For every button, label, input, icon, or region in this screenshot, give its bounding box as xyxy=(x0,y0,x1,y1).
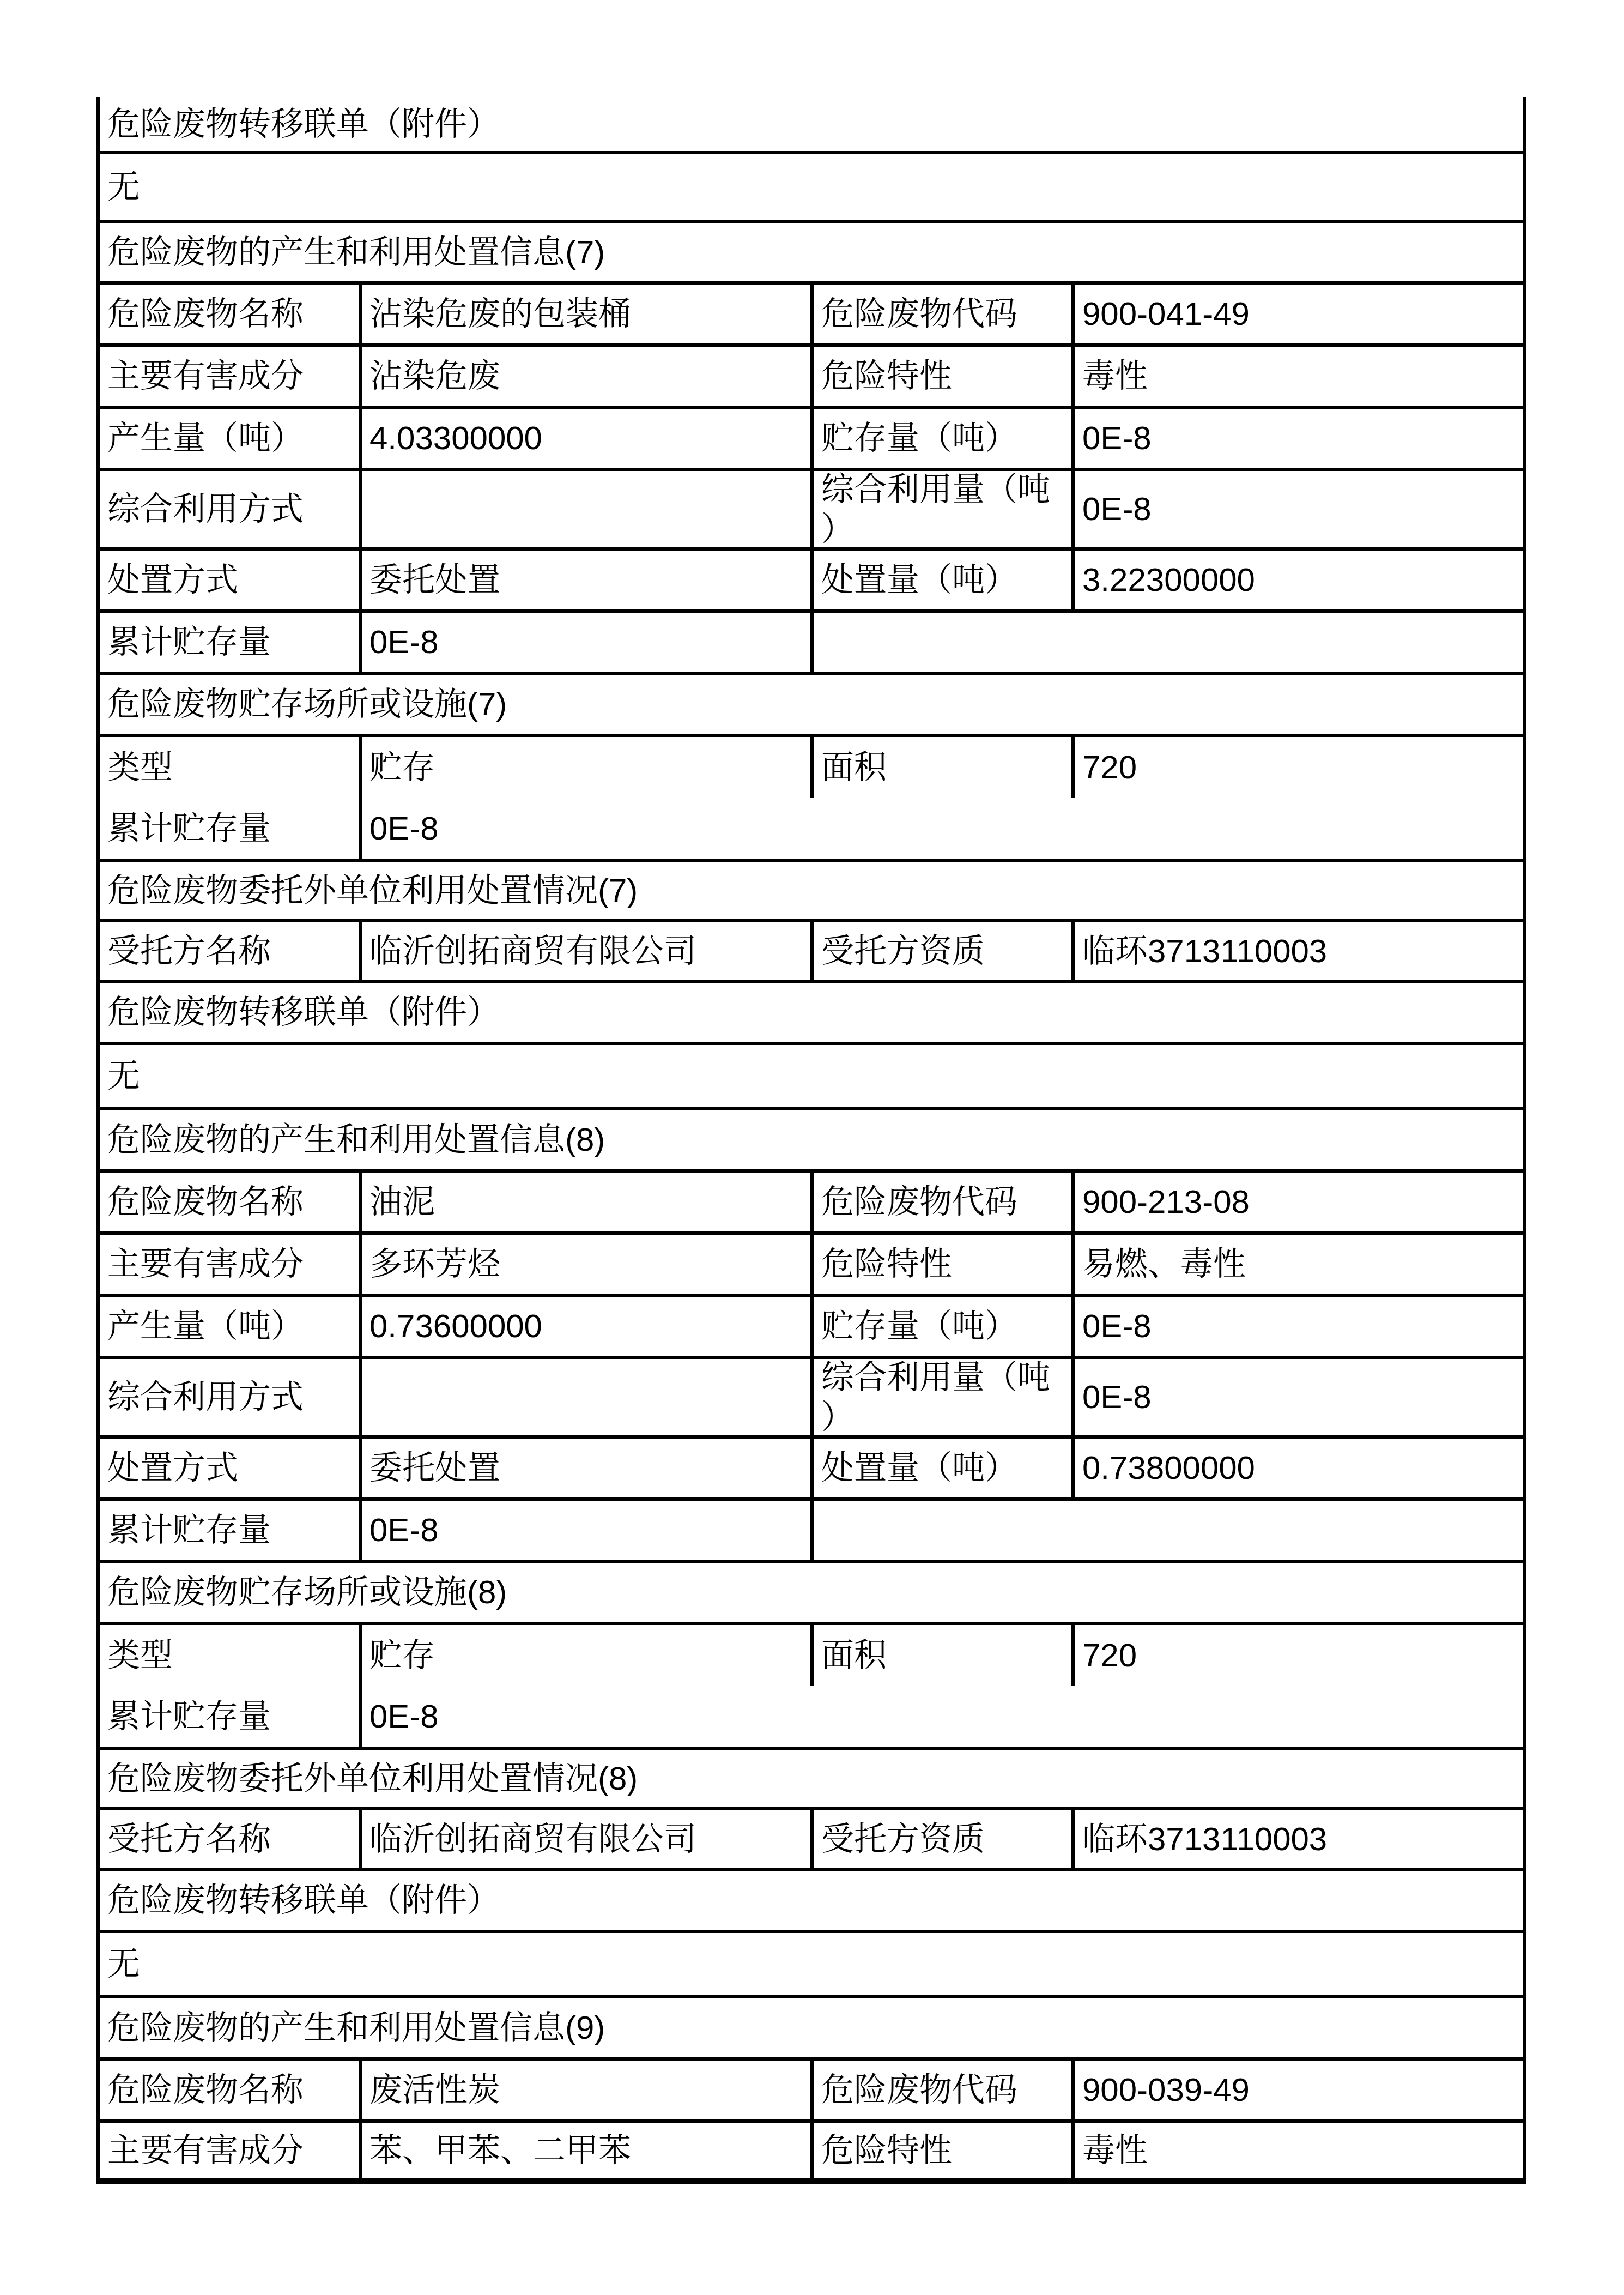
field-label: 累计贮存量 xyxy=(100,1686,362,1747)
section-header-row: 危险废物委托外单位利用处置情况(7) xyxy=(100,862,1523,922)
section-header-row: 危险废物贮存场所或设施(7) xyxy=(100,675,1523,737)
field-value: 720 xyxy=(1075,737,1523,798)
field-label: 处置方式 xyxy=(100,1439,362,1497)
manifest-none-row: 无 xyxy=(100,1933,1523,1998)
section-header-row: 危险废物的产生和利用处置信息(7) xyxy=(100,223,1523,285)
field-value: 0E-8 xyxy=(362,613,814,672)
section-header: 危险废物委托外单位利用处置情况(8) xyxy=(100,1750,1523,1807)
section-header: 危险废物转移联单（附件） xyxy=(100,1871,1523,1930)
field-row: 处置方式 委托处置 处置量（吨） 3.22300000 xyxy=(100,551,1523,613)
field-value: 苯、甲苯、二甲苯 xyxy=(362,2123,814,2178)
field-label: 危险废物名称 xyxy=(100,2061,362,2119)
field-value: 0.73800000 xyxy=(1075,1439,1523,1497)
field-value xyxy=(362,471,814,547)
field-label: 危险废物名称 xyxy=(100,1173,362,1231)
field-value: 委托处置 xyxy=(362,1439,814,1497)
field-label: 危险废物代码 xyxy=(814,285,1075,343)
section-header: 危险废物委托外单位利用处置情况(7) xyxy=(100,862,1523,919)
field-value: 毒性 xyxy=(1075,347,1523,406)
field-value: 900-039-49 xyxy=(1075,2061,1523,2119)
section-header: 危险废物贮存场所或设施(7) xyxy=(100,675,1523,734)
manifest-attachment-row: 危险废物转移联单（附件） xyxy=(100,97,1523,154)
field-label: 综合利用方式 xyxy=(100,1359,362,1435)
field-label: 累计贮存量 xyxy=(100,798,362,859)
field-row: 危险废物名称 油泥 危险废物代码 900-213-08 xyxy=(100,1173,1523,1235)
field-value: 毒性 xyxy=(1075,2123,1523,2178)
field-label: 危险废物名称 xyxy=(100,285,362,343)
field-label: 主要有害成分 xyxy=(100,1235,362,1294)
field-value: 临沂创拓商贸有限公司 xyxy=(362,1810,814,1868)
field-label: 主要有害成分 xyxy=(100,347,362,406)
field-value: 0E-8 xyxy=(1075,409,1523,468)
field-value: 废活性炭 xyxy=(362,2061,814,2119)
field-value: 临环3713110003 xyxy=(1075,1810,1523,1868)
field-label: 受托方名称 xyxy=(100,922,362,980)
empty-cell xyxy=(814,798,1523,859)
field-row: 受托方名称 临沂创拓商贸有限公司 受托方资质 临环3713110003 xyxy=(100,922,1523,983)
section-header: 危险废物贮存场所或设施(8) xyxy=(100,1563,1523,1622)
field-value: 沾染危废的包装桶 xyxy=(362,285,814,343)
field-label: 危险特性 xyxy=(814,1235,1075,1294)
section-header: 危险废物的产生和利用处置信息(7) xyxy=(100,223,1523,281)
field-label: 综合利用方式 xyxy=(100,471,362,547)
field-label: 受托方资质 xyxy=(814,922,1075,980)
field-label: 受托方名称 xyxy=(100,1810,362,1868)
field-value: 0E-8 xyxy=(1075,1297,1523,1356)
field-label: 综合利用量（吨） xyxy=(814,1359,1075,1435)
field-row: 处置方式 委托处置 处置量（吨） 0.73800000 xyxy=(100,1439,1523,1501)
section-header-row: 危险废物委托外单位利用处置情况(8) xyxy=(100,1750,1523,1810)
field-label: 累计贮存量 xyxy=(100,613,362,672)
field-row: 综合利用方式 综合利用量（吨） 0E-8 xyxy=(100,471,1523,551)
field-value: 4.03300000 xyxy=(362,409,814,468)
section-header: 危险废物的产生和利用处置信息(9) xyxy=(100,1998,1523,2057)
field-label: 类型 xyxy=(100,1625,362,1686)
section-header-row: 危险废物贮存场所或设施(8) xyxy=(100,1563,1523,1625)
cumulative-storage-row: 累计贮存量 0E-8 xyxy=(100,613,1523,675)
field-value: 900-041-49 xyxy=(1075,285,1523,343)
field-value: 委托处置 xyxy=(362,551,814,609)
cumulative-storage-row: 累计贮存量 0E-8 xyxy=(100,1501,1523,1563)
field-label: 贮存量（吨） xyxy=(814,1297,1075,1356)
field-label: 处置方式 xyxy=(100,551,362,609)
field-label: 危险特性 xyxy=(814,347,1075,406)
field-row: 受托方名称 临沂创拓商贸有限公司 受托方资质 临环3713110003 xyxy=(100,1810,1523,1871)
field-value: 沾染危废 xyxy=(362,347,814,406)
field-value xyxy=(362,1359,814,1435)
field-row: 主要有害成分 苯、甲苯、二甲苯 危险特性 毒性 xyxy=(100,2123,1523,2184)
field-label: 受托方资质 xyxy=(814,1810,1075,1868)
field-label: 类型 xyxy=(100,737,362,798)
field-value: 900-213-08 xyxy=(1075,1173,1523,1231)
field-row: 产生量（吨） 4.03300000 贮存量（吨） 0E-8 xyxy=(100,409,1523,471)
field-value: 临沂创拓商贸有限公司 xyxy=(362,922,814,980)
field-value: 0.73600000 xyxy=(362,1297,814,1356)
field-label: 累计贮存量 xyxy=(100,1501,362,1560)
field-value: 0E-8 xyxy=(362,798,814,859)
field-value: 3.22300000 xyxy=(1075,551,1523,609)
field-row: 主要有害成分 多环芳烃 危险特性 易燃、毒性 xyxy=(100,1235,1523,1297)
none-value: 无 xyxy=(100,154,1523,220)
field-row: 危险废物名称 沾染危废的包装桶 危险废物代码 900-041-49 xyxy=(100,285,1523,347)
field-value: 0E-8 xyxy=(1075,1359,1523,1435)
field-label: 贮存量（吨） xyxy=(814,409,1075,468)
field-row: 产生量（吨） 0.73600000 贮存量（吨） 0E-8 xyxy=(100,1297,1523,1359)
field-label: 危险废物代码 xyxy=(814,2061,1075,2119)
section-header-row: 危险废物的产生和利用处置信息(9) xyxy=(100,1998,1523,2061)
manifest-attachment-row: 危险废物转移联单（附件） xyxy=(100,1871,1523,1933)
field-label: 面积 xyxy=(814,737,1075,798)
empty-cell xyxy=(814,613,1523,672)
section-header: 危险废物转移联单（附件） xyxy=(100,983,1523,1042)
field-row: 危险废物名称 废活性炭 危险废物代码 900-039-49 xyxy=(100,2061,1523,2123)
manifest-attachment-row: 危险废物转移联单（附件） xyxy=(100,983,1523,1045)
field-row: 主要有害成分 沾染危废 危险特性 毒性 xyxy=(100,347,1523,409)
manifest-none-row: 无 xyxy=(100,154,1523,223)
field-label: 危险废物代码 xyxy=(814,1173,1075,1231)
storage-facility-block: 类型 贮存 面积 720 累计贮存量 0E-8 xyxy=(100,1625,1523,1750)
field-value: 易燃、毒性 xyxy=(1075,1235,1523,1294)
none-value: 无 xyxy=(100,1933,1523,1995)
field-row: 综合利用方式 综合利用量（吨） 0E-8 xyxy=(100,1359,1523,1439)
field-value: 0E-8 xyxy=(1075,471,1523,547)
field-value: 0E-8 xyxy=(362,1686,814,1747)
hazardous-waste-table: 危险废物转移联单（附件） 无 危险废物的产生和利用处置信息(7) 危险废物名称 … xyxy=(96,97,1526,2184)
field-value: 油泥 xyxy=(362,1173,814,1231)
field-value: 720 xyxy=(1075,1625,1523,1686)
empty-cell xyxy=(814,1686,1523,1747)
field-value: 临环3713110003 xyxy=(1075,922,1523,980)
field-value: 贮存 xyxy=(362,737,814,798)
manifest-none-row: 无 xyxy=(100,1045,1523,1110)
field-value: 多环芳烃 xyxy=(362,1235,814,1294)
field-value: 0E-8 xyxy=(362,1501,814,1560)
field-label: 处置量（吨） xyxy=(814,1439,1075,1497)
field-label: 产生量（吨） xyxy=(100,1297,362,1356)
empty-cell xyxy=(814,1501,1523,1560)
storage-facility-block: 类型 贮存 面积 720 累计贮存量 0E-8 xyxy=(100,737,1523,862)
field-label: 面积 xyxy=(814,1625,1075,1686)
field-value: 贮存 xyxy=(362,1625,814,1686)
section-header: 危险废物的产生和利用处置信息(8) xyxy=(100,1110,1523,1169)
section-header: 危险废物转移联单（附件） xyxy=(100,97,1523,151)
none-value: 无 xyxy=(100,1045,1523,1107)
field-label: 危险特性 xyxy=(814,2123,1075,2178)
field-label: 产生量（吨） xyxy=(100,409,362,468)
section-header-row: 危险废物的产生和利用处置信息(8) xyxy=(100,1110,1523,1173)
field-label: 处置量（吨） xyxy=(814,551,1075,609)
field-label: 综合利用量（吨） xyxy=(814,471,1075,547)
field-label: 主要有害成分 xyxy=(100,2123,362,2178)
